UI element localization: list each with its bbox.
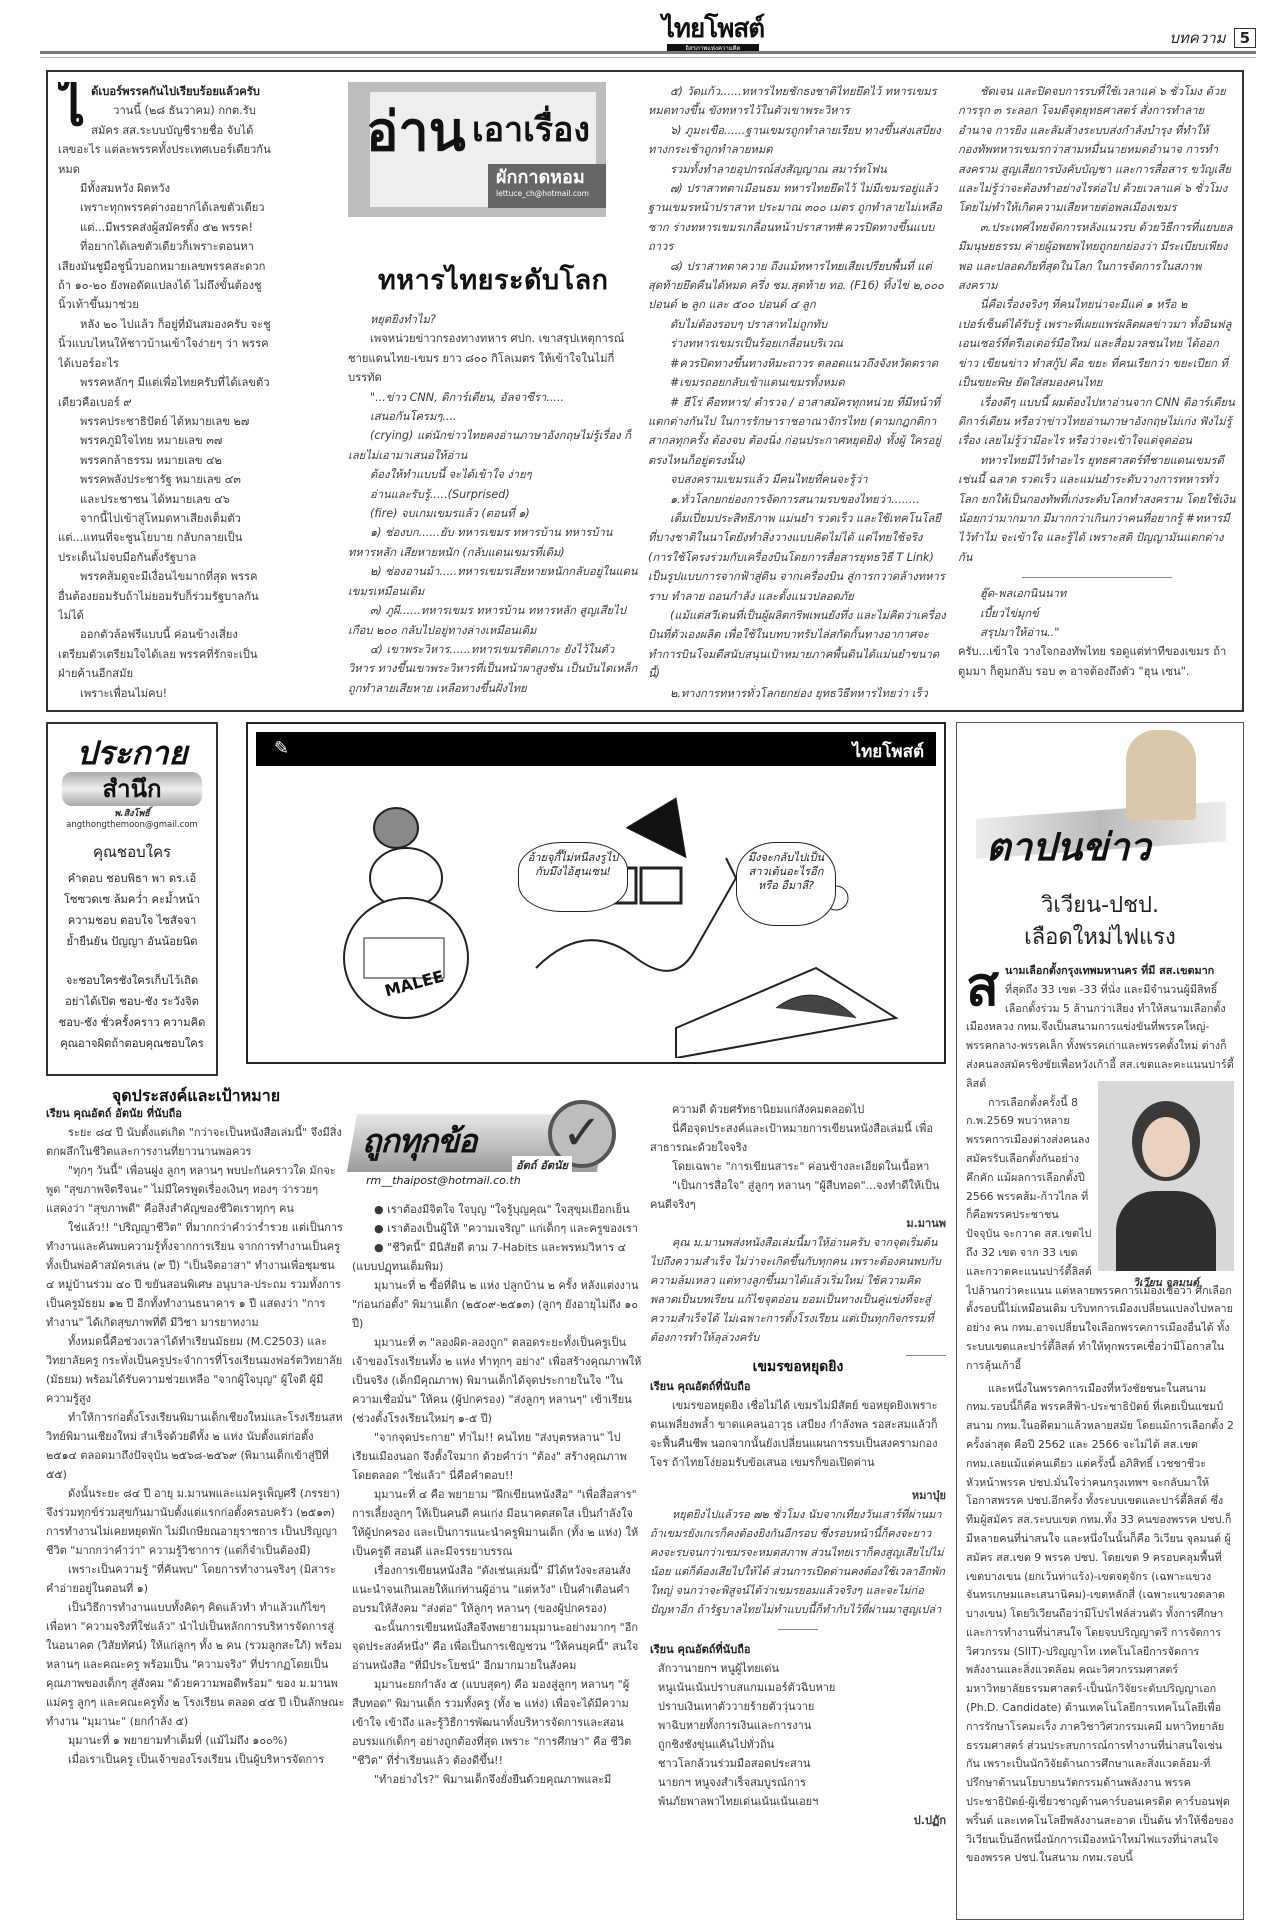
column-title-script: ตาปนข่าว bbox=[986, 816, 1151, 877]
banner-title-big: อ่าน bbox=[366, 102, 466, 162]
closing-text: ครับ...เข้าใจ วางใจกองทัพไทย รอดูแต่ท่าท… bbox=[958, 642, 1236, 681]
top-column-3: ๕) วัดแก้ว......ทหารไทยชักธงชาติไทยยึดไว… bbox=[648, 82, 946, 702]
article-body: วานนี้ (๒๘ ธันวาคม) กกต.รับสมัคร สส.ระบบ… bbox=[58, 101, 271, 702]
speech-bubble-right: มึงจะกลับไปเป็นสาวเต้นอะไรอีกหรือ อีมาลี… bbox=[736, 842, 836, 926]
page-number: 5 bbox=[1234, 28, 1256, 48]
letters-column-logo: ถูกทุกข้อ ✓ อัตถ์ อัตนัย rm__thaipost@ho… bbox=[352, 1094, 648, 1194]
article-lead: ด้เบอร์พรรคกันไปเรียบร้อยแล้วครับ bbox=[91, 85, 260, 98]
author-tag: ผักกาดหอม lettuce_ch@hotmail.com bbox=[488, 164, 606, 208]
photo-caption: วิเวียน จุลมนต์ bbox=[1098, 1274, 1234, 1293]
poem-title: คุณชอบใคร bbox=[52, 840, 212, 864]
drop-cap: ไ bbox=[58, 82, 85, 132]
editor-reply: คุณ ม.มานพส่งหนังสือเล่มนี้มาให้อ่านครับ… bbox=[650, 1233, 946, 1347]
letter-small-signature: หมาบุ๋ย bbox=[650, 1486, 946, 1505]
cartoon-brand: ไทยโพสต์ bbox=[853, 738, 924, 765]
top-column-1: ไ ด้เบอร์พรรคกันไปเรียบร้อยแล้วครับ วานน… bbox=[58, 82, 271, 702]
reader-photo bbox=[1126, 730, 1196, 820]
section-label: บทความ5 bbox=[1169, 26, 1256, 50]
letter-poem-signature: ป.ปฏัก bbox=[650, 1811, 946, 1830]
masthead-rule bbox=[40, 51, 1256, 54]
news-body: ส นามเลือกตั้งกรุงเทพมหานคร ที่มี สส.เขต… bbox=[966, 962, 1234, 1916]
poem-stanza-2: จะชอบใครชังใครเก็บไว้เถิด อย่าได้เปิด ชอ… bbox=[52, 970, 212, 1054]
candidate-photo: วิเวียน จุลมนต์ bbox=[1098, 1081, 1234, 1271]
letter-signature: ม.มานพ bbox=[650, 1214, 946, 1233]
cartoon-drawing bbox=[256, 768, 940, 1058]
letter-col-3: ความดี ด้วยศรัทธานิยมแก่สังคมตลอดไป นี่ค… bbox=[650, 1100, 946, 1920]
letter-small-headline: เขมรขอหยุดยิง bbox=[650, 1358, 946, 1377]
poem-title-script: ประกาย bbox=[52, 734, 212, 772]
poem-box: ประกาย สำนึก พ.สิงโพธิ์ angthongthemoon@… bbox=[46, 722, 218, 1076]
cartoon-header-bar: ✎ ไทยโพสต์ bbox=[256, 732, 936, 766]
news-headline: วิเวียน-ปชป. เลือดใหม่ไฟแรง bbox=[966, 890, 1234, 954]
masthead: ไทยโพสต์ อิสรภาพแห่งความคิด บทความ5 bbox=[40, 14, 1256, 58]
news-drop-cap: ส bbox=[966, 962, 999, 1012]
column-banner: อ่าน เอาเรื่อง ผักกาดหอม lettuce_ch@hotm… bbox=[348, 82, 606, 217]
speech-bubble-left: อ้ายจุกี๊ไม่หนีลงรูไปกับมึงไอ้ฮุนเซน! bbox=[518, 842, 628, 912]
poem-email: angthongthemoon@gmail.com bbox=[52, 820, 212, 830]
letters-email: rm__thaipost@hotmail.co.th bbox=[366, 1174, 521, 1187]
letter-poem: สักวานายกฯ หนูผู้ไทยเด่น หนูเน้นเน้นปราบ… bbox=[650, 1659, 946, 1811]
editorial-cartoon: ✎ ไทยโพสต์ อ้ายจุกี๊ไม่หนีลงรูไปกับมึงไอ… bbox=[246, 722, 946, 1064]
newspaper-logo: ไทยโพสต์ อิสรภาพแห่งความคิด bbox=[643, 16, 783, 54]
top-column-4: ชัดเจน และปิดจบการรบที่ใช้เวลาแค่ ๖ ชั่ว… bbox=[958, 82, 1236, 702]
news-column-header: ตาปนข่าว bbox=[966, 730, 1234, 870]
cartoonist-mascot-icon: ✎ bbox=[274, 738, 289, 759]
poem-title-banner: สำนึก bbox=[62, 772, 202, 806]
letters-column-title: ถูกทุกข้อ bbox=[362, 1116, 476, 1167]
banner-title-small: เอาเรื่อง bbox=[472, 110, 590, 150]
divider bbox=[1022, 577, 1172, 578]
letter-col-1: เรียน คุณอัตถ์ อัตนัย ที่นับถือ ระยะ ๘๔ … bbox=[46, 1104, 346, 1920]
poem-block: ฮู๊ด-พลเอกนินนาท เบี้ยวไข่มุกข์ สรุปมาให… bbox=[958, 584, 1236, 642]
letter-col-2: ● เราต้องมีจิตใจ ใจบุญ "ใจรู้บุญคุณ" ใจส… bbox=[352, 1200, 642, 1920]
letter-salutation: เรียน คุณอัตถ์ อัตนัย ที่นับถือ bbox=[46, 1104, 346, 1123]
article-headline: ทหารไทยระดับโลก bbox=[378, 258, 618, 301]
top-column-2: หยุดยิงทำไม? เพจหน่วยข่าวกรองทางทหาร ศปก… bbox=[348, 310, 638, 702]
poem-stanza-1: คำตอบ ชอบพิธา พา ดร.เอ้ โซซวดเซ ล้มคว่ำ … bbox=[52, 868, 212, 952]
